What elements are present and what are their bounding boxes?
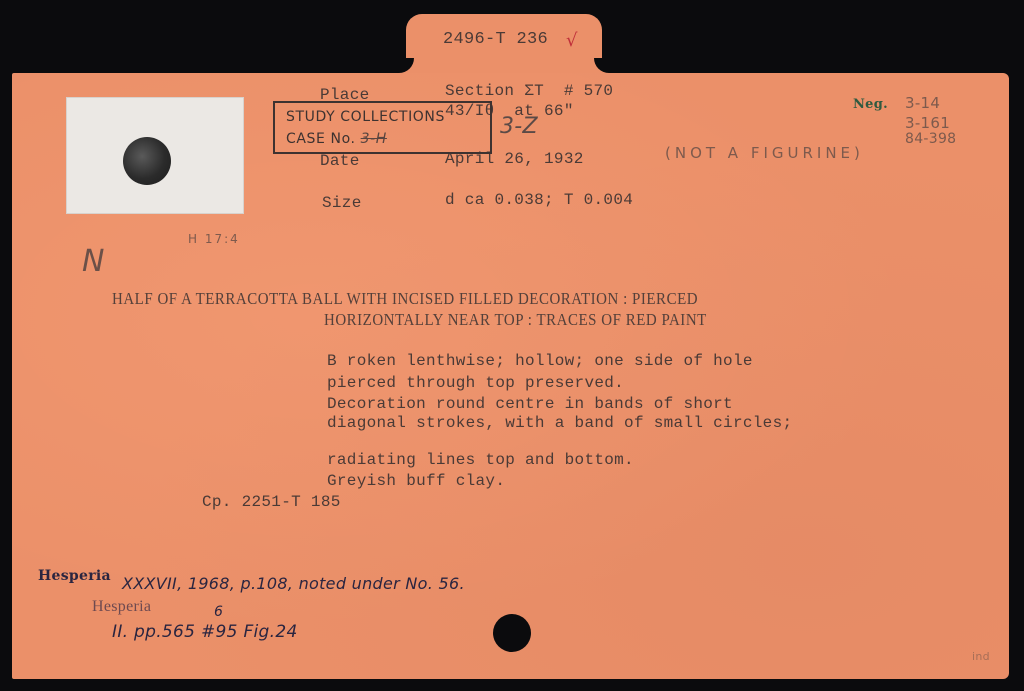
stamp-case-label: CASE No. 3-H bbox=[286, 131, 387, 147]
check-mark: √ bbox=[566, 30, 578, 51]
neg-number-2: 3-161 bbox=[905, 114, 950, 132]
terracotta-ball-image bbox=[123, 137, 171, 185]
size-label: Size bbox=[322, 194, 362, 212]
neg-number-1: 3-14 bbox=[905, 94, 940, 112]
old-case-number: 3-H bbox=[361, 131, 387, 147]
letter-n-mark: N bbox=[82, 244, 105, 279]
neg-number-3: 84-398 bbox=[905, 131, 956, 147]
date-label: Date bbox=[320, 152, 360, 170]
description-line: Greyish buff clay. bbox=[327, 472, 505, 490]
neg-label: Neg. bbox=[853, 97, 888, 112]
bibliography-ref-1: XXXVII, 1968, p.108, noted under No. 56. bbox=[122, 574, 465, 593]
corner-initials: ind bbox=[972, 650, 990, 663]
description-line: B roken lenthwise; hollow; one side of h… bbox=[327, 352, 753, 370]
bibliography-ref-2: II. pp.565 #95 Fig.24 bbox=[112, 622, 298, 642]
page-correction: 6 bbox=[214, 604, 223, 620]
description-line: Decoration round centre in bands of shor… bbox=[327, 395, 733, 413]
description-line: pierced through top preserved. bbox=[327, 374, 624, 392]
not-figurine-note: (NOT A FIGURINE) bbox=[665, 144, 864, 162]
place-value: Section ΣT # 570 bbox=[445, 82, 613, 100]
object-title-line1: HALF OF A TERRACOTTA BALL WITH INCISED F… bbox=[112, 289, 698, 309]
filing-hole bbox=[493, 614, 531, 652]
hesperia-stamp-1: Hesperia bbox=[38, 568, 111, 584]
description-line: diagonal strokes, with a band of small c… bbox=[327, 414, 792, 432]
description-line: radiating lines top and bottom. bbox=[327, 451, 634, 469]
object-title-line2: HORIZONTALLY NEAR TOP : TRACES OF RED PA… bbox=[324, 310, 707, 330]
inventory-number: 2496-T 236 bbox=[443, 30, 548, 49]
size-value: d ca 0.038; T 0.004 bbox=[445, 191, 633, 209]
object-photo bbox=[66, 97, 244, 214]
new-case-number: 3-Z bbox=[500, 114, 538, 139]
comparison-reference: Cp. 2251-T 185 bbox=[202, 493, 341, 511]
photo-reference: H 17:4 bbox=[188, 232, 240, 246]
hesperia-stamp-2: Hesperia bbox=[92, 598, 151, 616]
stamp-title: STUDY COLLECTIONS bbox=[286, 109, 445, 125]
study-collections-stamp: STUDY COLLECTIONS CASE No. 3-H bbox=[273, 101, 492, 154]
